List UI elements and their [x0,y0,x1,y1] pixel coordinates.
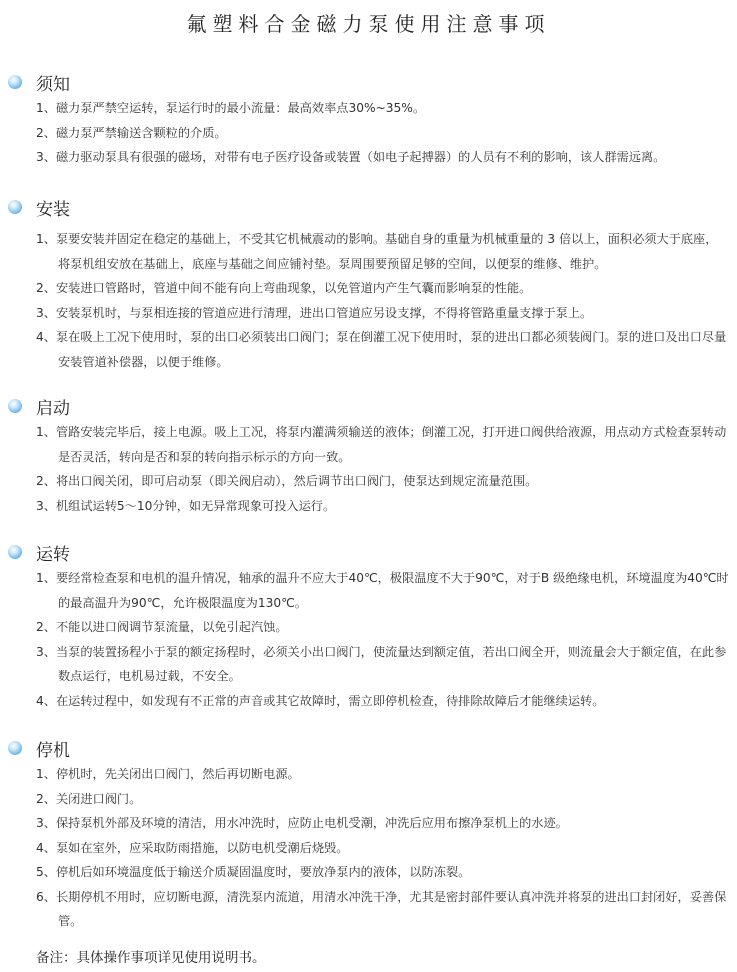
list-item: 4、在运转过程中，如发现有不正常的声音或其它故障时，需立即停机检查，待排除故障后… [0,689,737,714]
list-item: 1、泵要安装并固定在稳定的基础上，不受其它机械震动的影响。基础自身的重量为机械重… [0,227,737,276]
list-item: 1、管路安装完毕后，接上电源。吸上工况，将泵内灌满须输送的液体；倒灌工况，打开进… [0,420,737,469]
list-item: 3、机组试运转5～10分钟，如无异常现象可投入运行。 [0,494,737,519]
section-startup: 启动 1、管路安装完毕后，接上电源。吸上工况，将泵内灌满须输送的液体；倒灌工况，… [0,392,737,518]
bullet-dot-icon [8,399,22,413]
section-title: 安装 [36,195,70,220]
section-title: 启动 [36,394,70,419]
item-list: 1、要经常检查泵和电机的温升情况，轴承的温升不应大于40℃，极限温度不大于90℃… [0,566,737,713]
section-header: 安装 [0,193,737,221]
list-item: 2、安装进口管路时，管道中间不能有向上弯曲现象，以免管道内产生气囊而影响泵的性能… [0,276,737,301]
section-shutdown: 停机 1、停机时，先关闭出口阀门，然后再切断电源。 2、关闭进口阀门。 3、保持… [0,734,737,934]
list-item: 2、关闭进口阀门。 [0,787,737,812]
section-title: 须知 [36,70,70,95]
list-item: 4、泵如在室外，应采取防雨措施，以防电机受潮后烧毁。 [0,836,737,861]
section-header: 启动 [0,392,737,420]
list-item: 4、泵在吸上工况下使用时，泵的出口必须装出口阀门；泵在倒灌工况下使用时，泵的进出… [0,325,737,374]
page-title: 氟塑料合金磁力泵使用注意事项 [0,8,737,37]
list-item: 1、要经常检查泵和电机的温升情况，轴承的温升不应大于40℃，极限温度不大于90℃… [0,566,737,615]
bullet-dot-icon [8,200,22,214]
bullet-dot-icon [8,545,22,559]
list-item: 6、长期停机不用时，应切断电源，清洗泵内流道，用清水冲洗干净，尤其是密封部件要认… [0,885,737,934]
footnote: 备注：具体操作事项详见使用说明书。 [36,946,266,966]
section-installation: 安装 1、泵要安装并固定在稳定的基础上，不受其它机械震动的影响。基础自身的重量为… [0,193,737,374]
list-item: 2、将出口阀关闭，即可启动泵（即关阀启动），然后调节出口阀门，使泵达到规定流量范… [0,469,737,494]
section-header: 须知 [0,68,737,96]
section-header: 运转 [0,538,737,566]
item-list: 1、停机时，先关闭出口阀门，然后再切断电源。 2、关闭进口阀门。 3、保持泵机外… [0,762,737,934]
list-item: 2、不能以进口阀调节泵流量，以免引起汽蚀。 [0,615,737,640]
section-title: 停机 [36,736,70,761]
item-list: 1、磁力泵严禁空运转，泵运行时的最小流量：最高效率点30%~35%。 2、磁力泵… [0,96,737,170]
list-item: 1、停机时，先关闭出口阀门，然后再切断电源。 [0,762,737,787]
list-item: 1、磁力泵严禁空运转，泵运行时的最小流量：最高效率点30%~35%。 [0,96,737,121]
bullet-dot-icon [8,75,22,89]
section-title: 运转 [36,540,70,565]
list-item: 3、保持泵机外部及环境的清洁，用水冲洗时，应防止电机受潮，冲洗后应用布擦净泵机上… [0,811,737,836]
item-list: 1、管路安装完毕后，接上电源。吸上工况，将泵内灌满须输送的液体；倒灌工况，打开进… [0,420,737,518]
item-list: 1、泵要安装并固定在稳定的基础上，不受其它机械震动的影响。基础自身的重量为机械重… [0,227,737,374]
list-item: 3、磁力驱动泵具有很强的磁场，对带有电子医疗设备或装置（如电子起搏器）的人员有不… [0,145,737,170]
section-header: 停机 [0,734,737,762]
section-notice: 须知 1、磁力泵严禁空运转，泵运行时的最小流量：最高效率点30%~35%。 2、… [0,68,737,170]
section-operation: 运转 1、要经常检查泵和电机的温升情况，轴承的温升不应大于40℃，极限温度不大于… [0,538,737,713]
list-item: 2、磁力泵严禁输送含颗粒的介质。 [0,121,737,146]
list-item: 3、当泵的装置扬程小于泵的额定扬程时，必须关小出口阀门，使流量达到额定值，若出口… [0,640,737,689]
list-item: 5、停机后如环境温度低于输送介质凝固温度时，要放净泵内的液体，以防冻裂。 [0,860,737,885]
list-item: 3、安装泵机时，与泵相连接的管道应进行清理，进出口管道应另设支撑，不得将管路重量… [0,301,737,326]
bullet-dot-icon [8,741,22,755]
